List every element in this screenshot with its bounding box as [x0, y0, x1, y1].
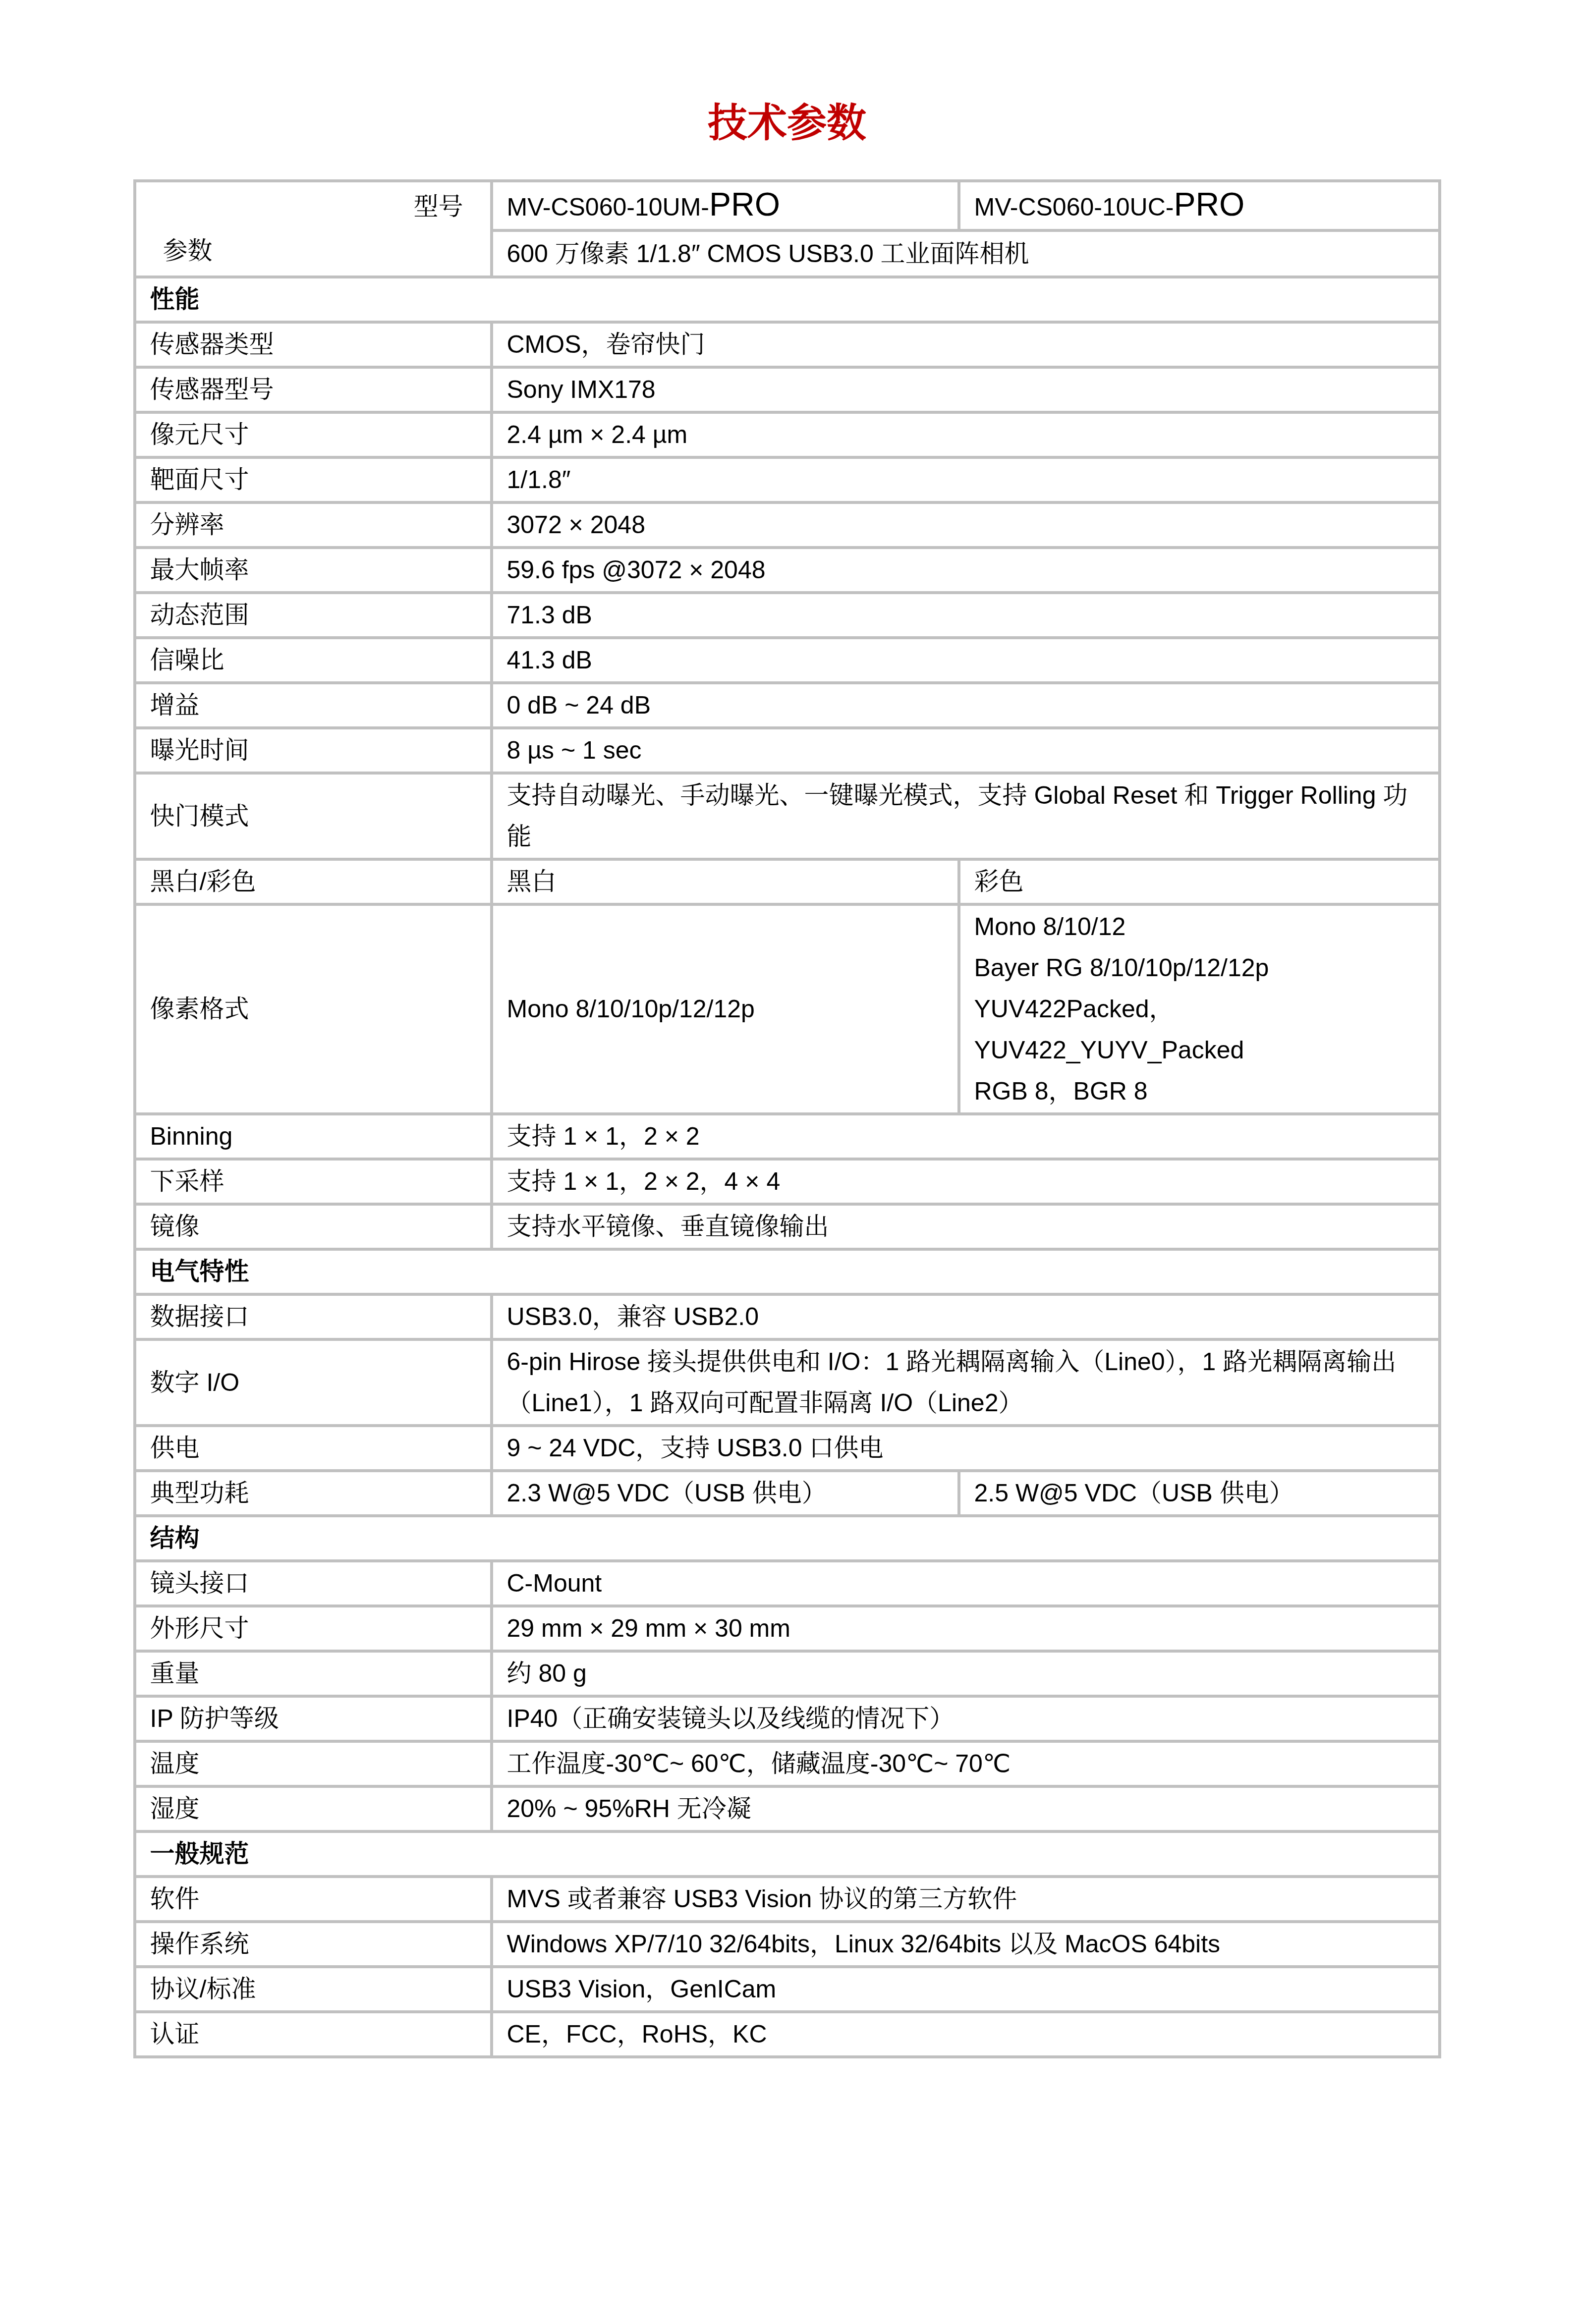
row-label: 供电: [135, 1426, 492, 1471]
spec-row: 认证 CE，FCC，RoHS，KC: [135, 2012, 1440, 2057]
header-model-row: 型号 参数 MV-CS060-10UM-PRO MV-CS060-10UC-PR…: [135, 181, 1440, 230]
section-header-row: 性能: [135, 277, 1440, 322]
row-value: CMOS，卷帘快门: [492, 322, 1440, 367]
row-value: 约 80 g: [492, 1651, 1440, 1696]
model-name-um-base: MV-CS060-10UM-: [507, 193, 709, 221]
row-value: 支持自动曝光、手动曝光、一键曝光模式，支持 Global Reset 和 Tri…: [492, 773, 1440, 859]
spec-row: 湿度 20% ~ 95%RH 无冷凝: [135, 1786, 1440, 1831]
row-value-mono: 黑白: [492, 859, 959, 904]
row-value-um: 2.3 W@5 VDC（USB 供电）: [492, 1471, 959, 1516]
spec-row: 像素格式 Mono 8/10/10p/12/12p Mono 8/10/12 B…: [135, 904, 1440, 1114]
spec-row: 镜头接口 C-Mount: [135, 1561, 1440, 1606]
row-value: 2.4 µm × 2.4 µm: [492, 412, 1440, 457]
row-label: 操作系统: [135, 1922, 492, 1967]
row-value: 支持 1 × 1，2 × 2: [492, 1114, 1440, 1159]
row-value: 9 ~ 24 VDC，支持 USB3.0 口供电: [492, 1426, 1440, 1471]
spec-row: 软件 MVS 或者兼容 USB3 Vision 协议的第三方软件: [135, 1877, 1440, 1922]
row-label: 认证: [135, 2012, 492, 2057]
row-label: 湿度: [135, 1786, 492, 1831]
spec-row: 快门模式 支持自动曝光、手动曝光、一键曝光模式，支持 Global Reset …: [135, 773, 1440, 859]
row-value: IP40（正确安装镜头以及线缆的情况下）: [492, 1696, 1440, 1741]
spec-row: 传感器类型 CMOS，卷帘快门: [135, 322, 1440, 367]
pixel-format-color-line: RGB 8，BGR 8: [974, 1071, 1424, 1112]
spec-row: 数据接口 USB3.0，兼容 USB2.0: [135, 1294, 1440, 1339]
row-value: 支持水平镜像、垂直镜像输出: [492, 1204, 1440, 1249]
spec-row: 传感器型号 Sony IMX178: [135, 367, 1440, 412]
row-label: 增益: [135, 683, 492, 728]
row-label: IP 防护等级: [135, 1696, 492, 1741]
camera-description: 600 万像素 1/1.8″ CMOS USB3.0 工业面阵相机: [492, 230, 1440, 277]
row-value: 59.6 fps @3072 × 2048: [492, 548, 1440, 593]
row-value: USB3.0，兼容 USB2.0: [492, 1294, 1440, 1339]
section-heading-performance: 性能: [135, 277, 1440, 322]
spec-row: 典型功耗 2.3 W@5 VDC（USB 供电） 2.5 W@5 VDC（USB…: [135, 1471, 1440, 1516]
row-label: 动态范围: [135, 593, 492, 638]
spec-row: 像元尺寸 2.4 µm × 2.4 µm: [135, 412, 1440, 457]
row-label: 靶面尺寸: [135, 457, 492, 502]
spec-row: 最大帧率 59.6 fps @3072 × 2048: [135, 548, 1440, 593]
model-name-um: MV-CS060-10UM-PRO: [492, 181, 959, 230]
model-name-uc-suffix: PRO: [1174, 186, 1244, 222]
corner-diagonal: 型号 参数: [150, 185, 476, 273]
row-value: 3072 × 2048: [492, 502, 1440, 548]
section-heading-structure: 结构: [135, 1516, 1440, 1561]
row-label: 下采样: [135, 1159, 492, 1204]
spec-row: 黑白/彩色 黑白 彩色: [135, 859, 1440, 904]
row-value: CE，FCC，RoHS，KC: [492, 2012, 1440, 2057]
row-label: 信噪比: [135, 638, 492, 683]
section-header-row: 电气特性: [135, 1249, 1440, 1294]
spec-row: 镜像 支持水平镜像、垂直镜像输出: [135, 1204, 1440, 1249]
section-header-row: 结构: [135, 1516, 1440, 1561]
row-value: Windows XP/7/10 32/64bits，Linux 32/64bit…: [492, 1922, 1440, 1967]
spec-row: 增益 0 dB ~ 24 dB: [135, 683, 1440, 728]
row-value: Sony IMX178: [492, 367, 1440, 412]
spec-row: 供电 9 ~ 24 VDC，支持 USB3.0 口供电: [135, 1426, 1440, 1471]
spec-row: 数字 I/O 6-pin Hirose 接头提供供电和 I/O：1 路光耦隔离输…: [135, 1339, 1440, 1426]
row-label: 分辨率: [135, 502, 492, 548]
corner-cell: 型号 参数: [135, 181, 492, 277]
spec-row: 外形尺寸 29 mm × 29 mm × 30 mm: [135, 1606, 1440, 1651]
row-value: USB3 Vision，GenICam: [492, 1967, 1440, 2012]
row-label: 传感器类型: [135, 322, 492, 367]
row-label: 镜像: [135, 1204, 492, 1249]
row-value: MVS 或者兼容 USB3 Vision 协议的第三方软件: [492, 1877, 1440, 1922]
row-value: 71.3 dB: [492, 593, 1440, 638]
pixel-format-color-line: YUV422Packed，YUV422_YUYV_Packed: [974, 989, 1424, 1071]
row-label: 最大帧率: [135, 548, 492, 593]
model-name-uc: MV-CS060-10UC-PRO: [959, 181, 1440, 230]
spec-row: Binning 支持 1 × 1，2 × 2: [135, 1114, 1440, 1159]
model-name-uc-base: MV-CS060-10UC-: [974, 193, 1174, 221]
section-heading-general: 一般规范: [135, 1831, 1440, 1877]
spec-row: 动态范围 71.3 dB: [135, 593, 1440, 638]
spec-row: 下采样 支持 1 × 1，2 × 2，4 × 4: [135, 1159, 1440, 1204]
row-label: 协议/标准: [135, 1967, 492, 2012]
row-label: 像元尺寸: [135, 412, 492, 457]
row-label: 像素格式: [135, 904, 492, 1114]
row-label: 传感器型号: [135, 367, 492, 412]
row-label: 外形尺寸: [135, 1606, 492, 1651]
spec-row: 温度 工作温度-30℃~ 60℃，储藏温度-30℃~ 70℃: [135, 1741, 1440, 1786]
section-heading-electrical: 电气特性: [135, 1249, 1440, 1294]
spec-row: IP 防护等级 IP40（正确安装镜头以及线缆的情况下）: [135, 1696, 1440, 1741]
spec-row: 信噪比 41.3 dB: [135, 638, 1440, 683]
pixel-format-color-line: Mono 8/10/12: [974, 906, 1424, 947]
row-label: 典型功耗: [135, 1471, 492, 1516]
section-header-row: 一般规范: [135, 1831, 1440, 1877]
row-label: 温度: [135, 1741, 492, 1786]
row-label: 数据接口: [135, 1294, 492, 1339]
spec-row: 操作系统 Windows XP/7/10 32/64bits，Linux 32/…: [135, 1922, 1440, 1967]
row-label: 软件: [135, 1877, 492, 1922]
model-name-um-suffix: PRO: [709, 186, 780, 222]
row-label: 重量: [135, 1651, 492, 1696]
row-label: 快门模式: [135, 773, 492, 859]
spec-table: 型号 参数 MV-CS060-10UM-PRO MV-CS060-10UC-PR…: [133, 179, 1441, 2058]
row-label: 曝光时间: [135, 728, 492, 773]
row-value: 支持 1 × 1，2 × 2，4 × 4: [492, 1159, 1440, 1204]
spec-row: 曝光时间 8 µs ~ 1 sec: [135, 728, 1440, 773]
spec-row: 重量 约 80 g: [135, 1651, 1440, 1696]
spec-row: 分辨率 3072 × 2048: [135, 502, 1440, 548]
spec-row: 靶面尺寸 1/1.8″: [135, 457, 1440, 502]
row-label: 数字 I/O: [135, 1339, 492, 1426]
row-value: 1/1.8″: [492, 457, 1440, 502]
row-value: 41.3 dB: [492, 638, 1440, 683]
row-label: 镜头接口: [135, 1561, 492, 1606]
row-value: 8 µs ~ 1 sec: [492, 728, 1440, 773]
row-value: 20% ~ 95%RH 无冷凝: [492, 1786, 1440, 1831]
row-value: 29 mm × 29 mm × 30 mm: [492, 1606, 1440, 1651]
row-value: 工作温度-30℃~ 60℃，储藏温度-30℃~ 70℃: [492, 1741, 1440, 1786]
corner-model-label: 型号: [163, 186, 463, 227]
pixel-format-color-line: Bayer RG 8/10/10p/12/12p: [974, 947, 1424, 989]
row-value-uc: 2.5 W@5 VDC（USB 供电）: [959, 1471, 1440, 1516]
page-title: 技术参数: [0, 99, 1574, 147]
pixel-format-color: Mono 8/10/12 Bayer RG 8/10/10p/12/12p YU…: [959, 904, 1440, 1114]
row-value: C-Mount: [492, 1561, 1440, 1606]
row-value-color: 彩色: [959, 859, 1440, 904]
row-value: 0 dB ~ 24 dB: [492, 683, 1440, 728]
corner-param-label: 参数: [163, 230, 463, 272]
pixel-format-mono: Mono 8/10/10p/12/12p: [492, 904, 959, 1114]
row-value: 6-pin Hirose 接头提供供电和 I/O：1 路光耦隔离输入（Line0…: [492, 1339, 1440, 1426]
row-label: Binning: [135, 1114, 492, 1159]
spec-row: 协议/标准 USB3 Vision，GenICam: [135, 1967, 1440, 2012]
row-label: 黑白/彩色: [135, 859, 492, 904]
